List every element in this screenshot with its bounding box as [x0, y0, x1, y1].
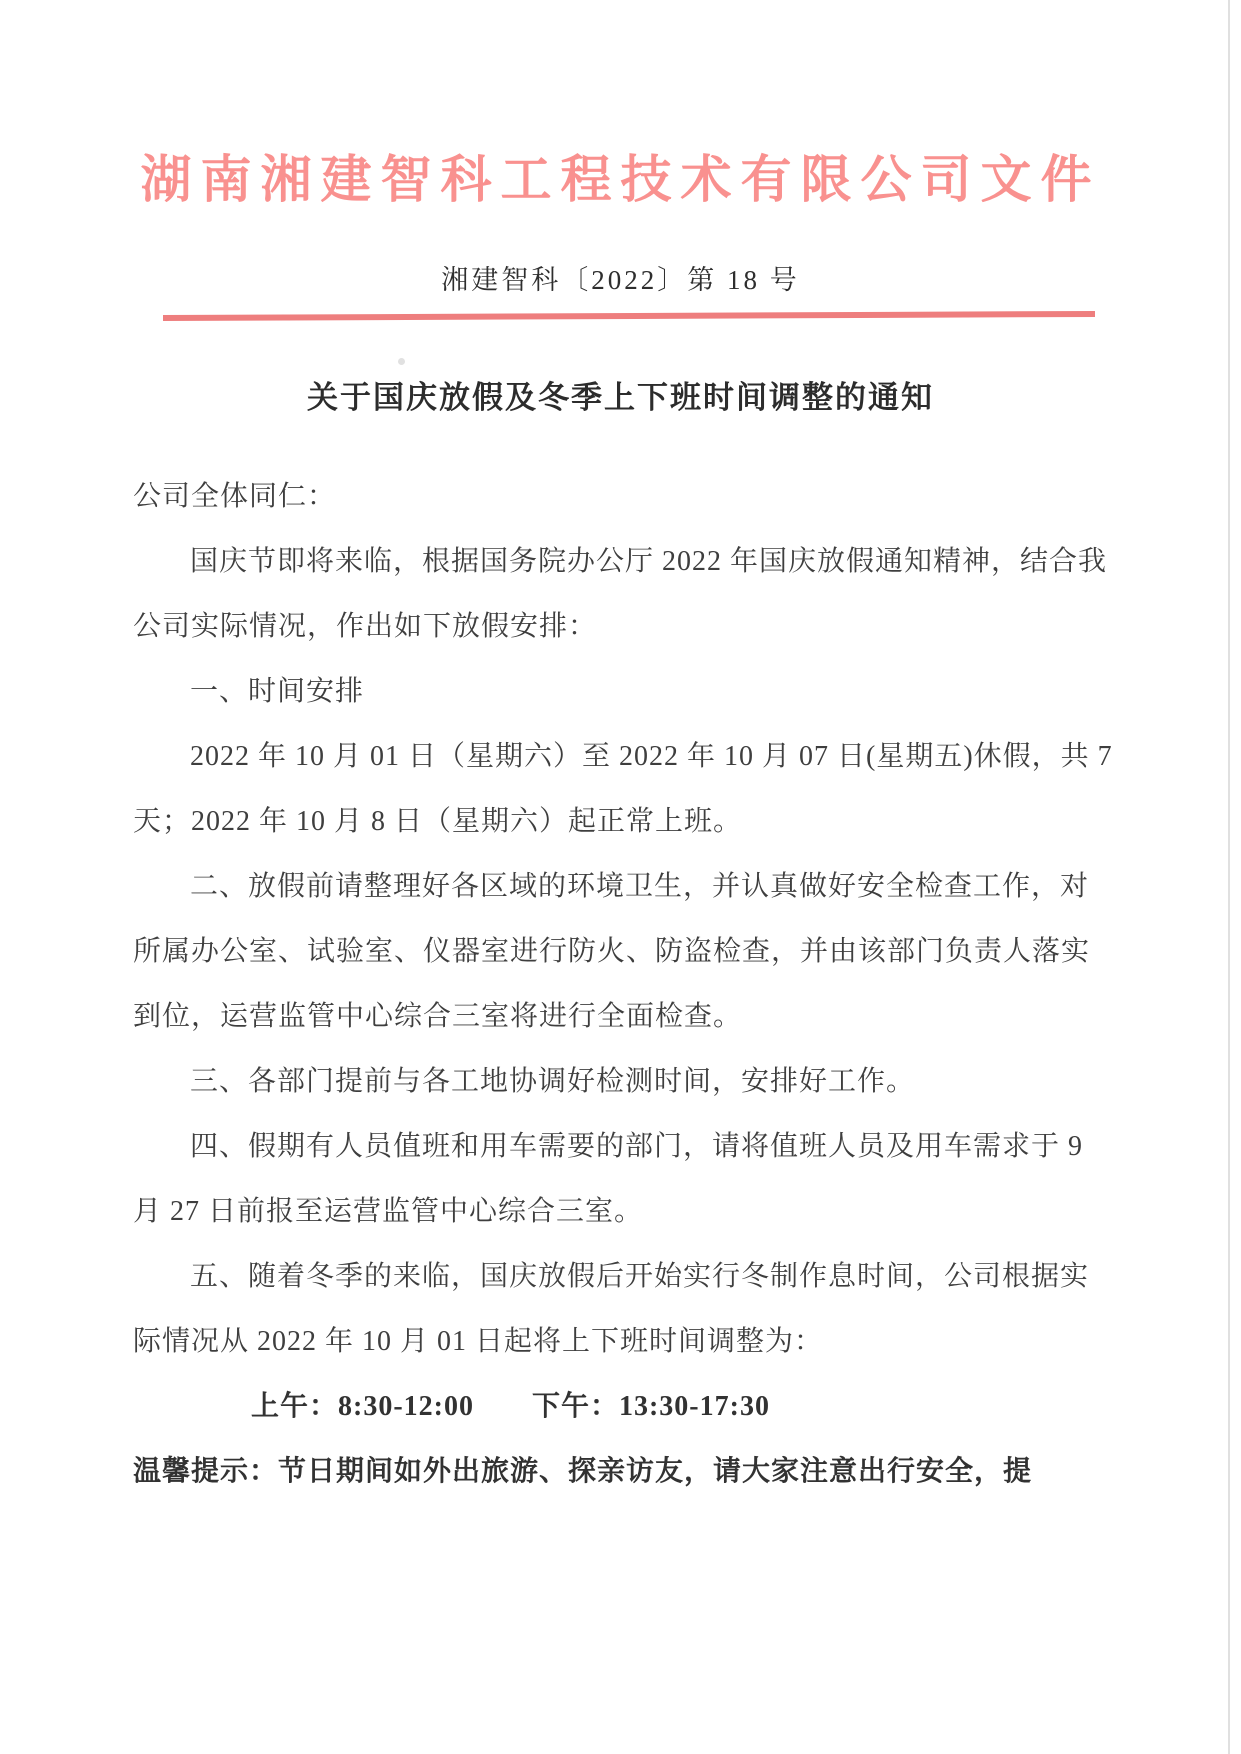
body-line: 国庆节即将来临，根据国务院办公厅 2022 年国庆放假通知精神，结合我 — [133, 529, 1113, 594]
body-line: 2022 年 10 月 01 日（星期六）至 2022 年 10 月 07 日(… — [133, 724, 1113, 789]
body-line: 际情况从 2022 年 10 月 01 日起将上下班时间调整为： — [133, 1309, 1113, 1374]
red-divider-line — [163, 311, 1095, 321]
document-page: 湖南湘建智科工程技术有限公司文件 湘建智科〔2022〕第 18 号 关于国庆放假… — [0, 0, 1241, 1754]
body-line: 月 27 日前报至运营监管中心综合三室。 — [133, 1179, 1113, 1244]
body-line-item-3: 三、各部门提前与各工地协调好检测时间，安排好工作。 — [133, 1049, 1113, 1114]
notice-title: 关于国庆放假及冬季上下班时间调整的通知 — [0, 372, 1241, 417]
body-line-item-2: 二、放假前请整理好各区域的环境卫生，并认真做好安全检查工作，对 — [133, 854, 1113, 919]
body-line-item-5: 五、随着冬季的来临，国庆放假后开始实行冬制作息时间，公司根据实 — [133, 1244, 1113, 1309]
body-line: 公司实际情况，作出如下放假安排： — [133, 594, 1113, 659]
body-line: 天；2022 年 10 月 8 日（星期六）起正常上班。 — [133, 789, 1113, 854]
company-document-header: 湖南湘建智科工程技术有限公司文件 — [0, 138, 1241, 212]
body-line-warm-tip: 温馨提示：节日期间如外出旅游、探亲访友，请大家注意出行安全，提 — [133, 1439, 1113, 1504]
scan-smudge — [398, 358, 405, 365]
document-number: 湘建智科〔2022〕第 18 号 — [0, 258, 1241, 297]
body-line-salutation: 公司全体同仁： — [133, 464, 1113, 529]
body-line-work-hours: 上午：8:30-12:00 下午：13:30-17:30 — [133, 1374, 1113, 1439]
notice-body: 公司全体同仁： 国庆节即将来临，根据国务院办公厅 2022 年国庆放假通知精神，… — [133, 464, 1113, 1504]
body-line-item-4: 四、假期有人员值班和用车需要的部门，请将值班人员及用车需求于 9 — [133, 1114, 1113, 1179]
body-line: 所属办公室、试验室、仪器室进行防火、防盗检查，并由该部门负责人落实 — [133, 919, 1113, 984]
body-line: 到位，运营监管中心综合三室将进行全面检查。 — [133, 984, 1113, 1049]
body-line-item-1: 一、时间安排 — [133, 659, 1113, 724]
